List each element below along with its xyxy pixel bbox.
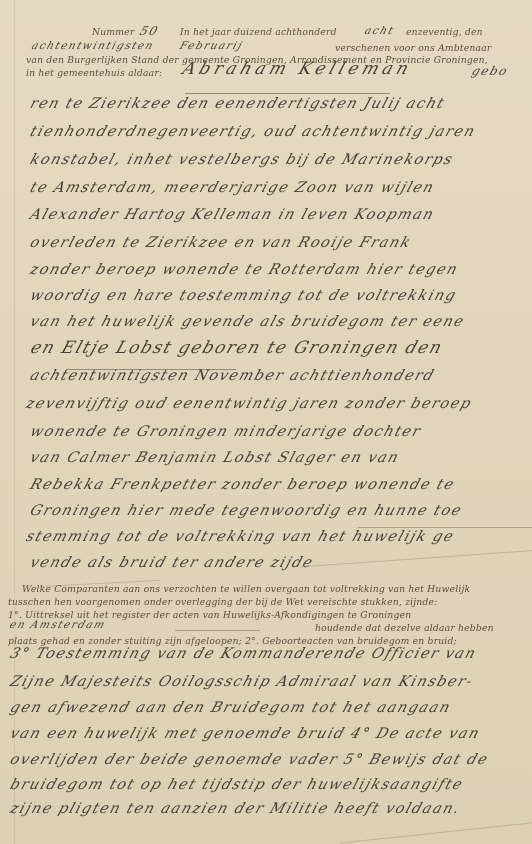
body-line-12: zevenvijftig oud eenentwintig jaren zond…: [24, 396, 474, 412]
printed-appeared-before: verschenen voor ons Ambtenaar: [335, 43, 492, 54]
faint-line: [340, 822, 532, 844]
printed-section-line-2: tusschen hen voorgenomen onder overleggi…: [8, 597, 437, 608]
handwritten-year: acht: [363, 25, 396, 37]
document-page: Nummer 50 In het jaar duizend achthonder…: [0, 0, 532, 844]
footer-line-4: van een huwelijk met genoemde bruid 4° D…: [8, 726, 482, 742]
body-line-13: wonende te Groningen minderjarige dochte…: [28, 424, 423, 440]
margin-line: [14, 0, 15, 844]
groom-name-underline: [185, 93, 390, 94]
body-line-17: stemming tot de voltrekking van het huwe…: [24, 529, 457, 545]
body-line-14: van Calmer Benjamin Lobst Slager en van: [28, 450, 402, 466]
body-line-7: zonder beroep wonende te Rotterdam hier …: [28, 262, 461, 278]
insert-line: [175, 630, 260, 631]
body-line-11: achtentwintigsten November achttienhonde…: [28, 368, 437, 384]
printed-section-handwritten-insert: en Amsterdam: [8, 619, 108, 631]
body-line-2: tienhonderdnegenveertig, oud achtentwint…: [28, 124, 478, 140]
handwritten-day: achtentwintigsten: [30, 40, 156, 52]
printed-section-line-1: Welke Comparanten aan ons verzochten te …: [22, 584, 470, 595]
footer-line-3: gen afwezend aan den Bruidegom tot het a…: [8, 700, 453, 716]
body-line-10-bride: en Eltje Lobst geboren te Groningen den: [28, 338, 446, 358]
groom-name: Abraham Kelleman: [180, 59, 415, 79]
printed-year-prefix: In het jaar duizend achthonderd: [180, 27, 337, 38]
groom-name-cont: gebo: [470, 64, 510, 78]
footer-line-2: Zijne Majesteits Ooilogsschip Admiraal v…: [8, 674, 475, 690]
body-line-6: overleden te Zierikzee en van Rooije Fra…: [28, 235, 414, 251]
record-number: 50: [138, 24, 161, 38]
footer-line-7: zijne pligten ten aanzien der Militie he…: [8, 801, 463, 817]
footer-line-1: 3° Toestemming van de Kommanderende Offi…: [8, 646, 479, 662]
body-line-9: van het huwelijk gevende als bruidegom t…: [28, 314, 467, 330]
body-line-5: Alexander Hartog Kelleman in leven Koopm…: [28, 207, 437, 223]
body-line-18: vende als bruid ter andere zijde: [28, 555, 316, 571]
body-line-4: te Amsterdam, meerderjarige Zoon van wij…: [28, 180, 437, 196]
label-nummer: Nummer: [92, 27, 134, 38]
footer-line-6: bruidegom tot op het tijdstip der huweli…: [8, 777, 466, 793]
faint-line: [300, 550, 532, 568]
printed-section-line-4: houdende dat dezelve aldaar hebben: [315, 623, 494, 634]
body-line-8: woordig en hare toestemming tot de voltr…: [28, 288, 459, 304]
handwritten-month: Februarij: [178, 40, 245, 52]
body-line-16: Groningen hier mede tegenwoordig en hunn…: [28, 503, 464, 519]
body-line-15: Rebekka Frenkpetter zonder beroep wonend…: [28, 477, 457, 493]
printed-town-hall: in het gemeentehuis aldaar:: [26, 68, 162, 79]
body-line-3: konstabel, inhet vestelbergs bij de Mari…: [28, 152, 456, 168]
footer-line-5: overlijden der beide genoemde vader 5° B…: [8, 752, 491, 768]
body-line-1: ren te Zierikzee den eenendertigsten Jul…: [28, 96, 447, 112]
end-of-text-rule: [358, 527, 532, 528]
printed-year-suffix: enzeventig, den: [406, 27, 483, 38]
